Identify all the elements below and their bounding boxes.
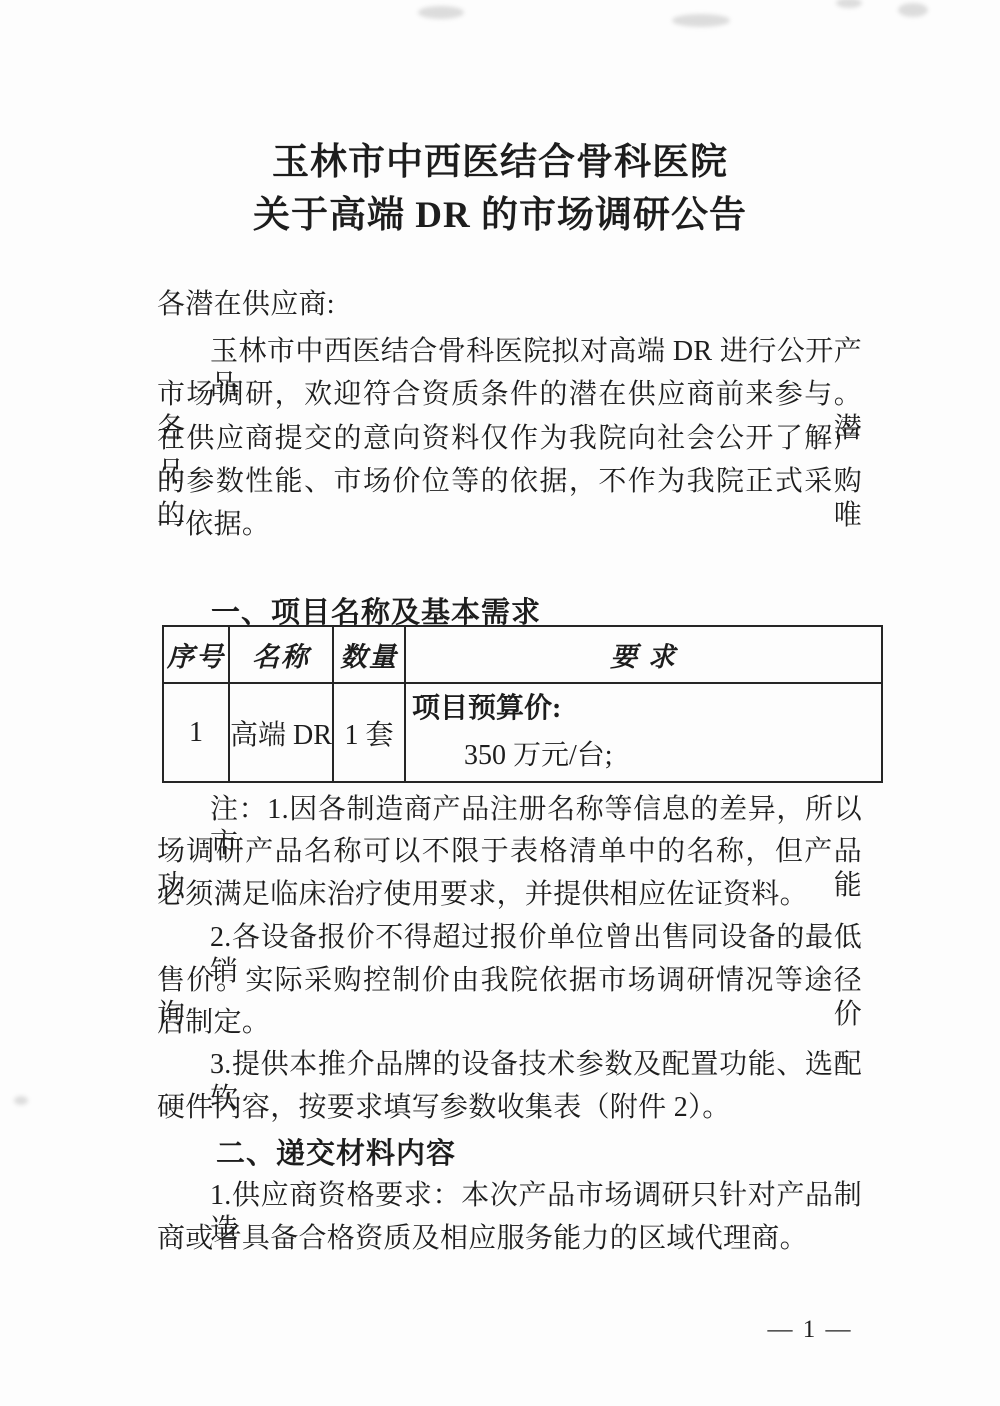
document-title: 玉林市中西医结合骨科医院 关于高端 DR 的市场调研公告 <box>0 136 1000 242</box>
scan-artifact <box>14 1096 28 1105</box>
title-line-1: 玉林市中西医结合骨科医院 <box>0 136 1000 189</box>
note2-line: 后制定。 <box>157 1006 862 1040</box>
cell-requirement: 项目预算价: 350 万元/台; <box>406 684 881 781</box>
document-page: 玉林市中西医结合骨科医院 关于高端 DR 的市场调研公告 各潜在供应商: 玉林市… <box>0 0 1000 1406</box>
page-number: — 1 — <box>760 1316 860 1344</box>
note1-line: 必须满足临床治疗使用要求，并提供相应佐证资料。 <box>157 878 862 912</box>
requirement-title: 项目预算价: <box>412 691 561 727</box>
table-header-req: 要 求 <box>406 627 881 684</box>
cell-name: 高端 DR <box>230 684 334 781</box>
section2-line: 商或者具备合格资质及相应服务能力的区域代理商。 <box>157 1222 862 1256</box>
scan-artifact <box>418 6 464 19</box>
scan-artifact <box>836 0 862 8</box>
requirement-value: 350 万元/台; <box>412 738 613 774</box>
cell-no: 1 <box>164 684 230 781</box>
cell-qty: 1 套 <box>334 684 406 781</box>
scan-artifact <box>672 14 730 27</box>
requirements-table: 序号 名称 数量 要 求 1 高端 DR 1 套 项目预算价: 350 万元/台… <box>162 625 883 783</box>
title-line-2: 关于高端 DR 的市场调研公告 <box>0 189 1000 242</box>
table-header-no: 序号 <box>164 627 230 684</box>
table-header-name: 名称 <box>230 627 334 684</box>
scan-artifact <box>898 3 928 17</box>
table-header-qty: 数量 <box>334 627 406 684</box>
salutation: 各潜在供应商: <box>157 288 862 322</box>
note3-line: 硬件内容，按要求填写参数收集表（附件 2）。 <box>157 1091 862 1125</box>
intro-line: 一依据。 <box>157 508 862 542</box>
section2-heading: 二、递交材料内容 <box>216 1131 456 1172</box>
